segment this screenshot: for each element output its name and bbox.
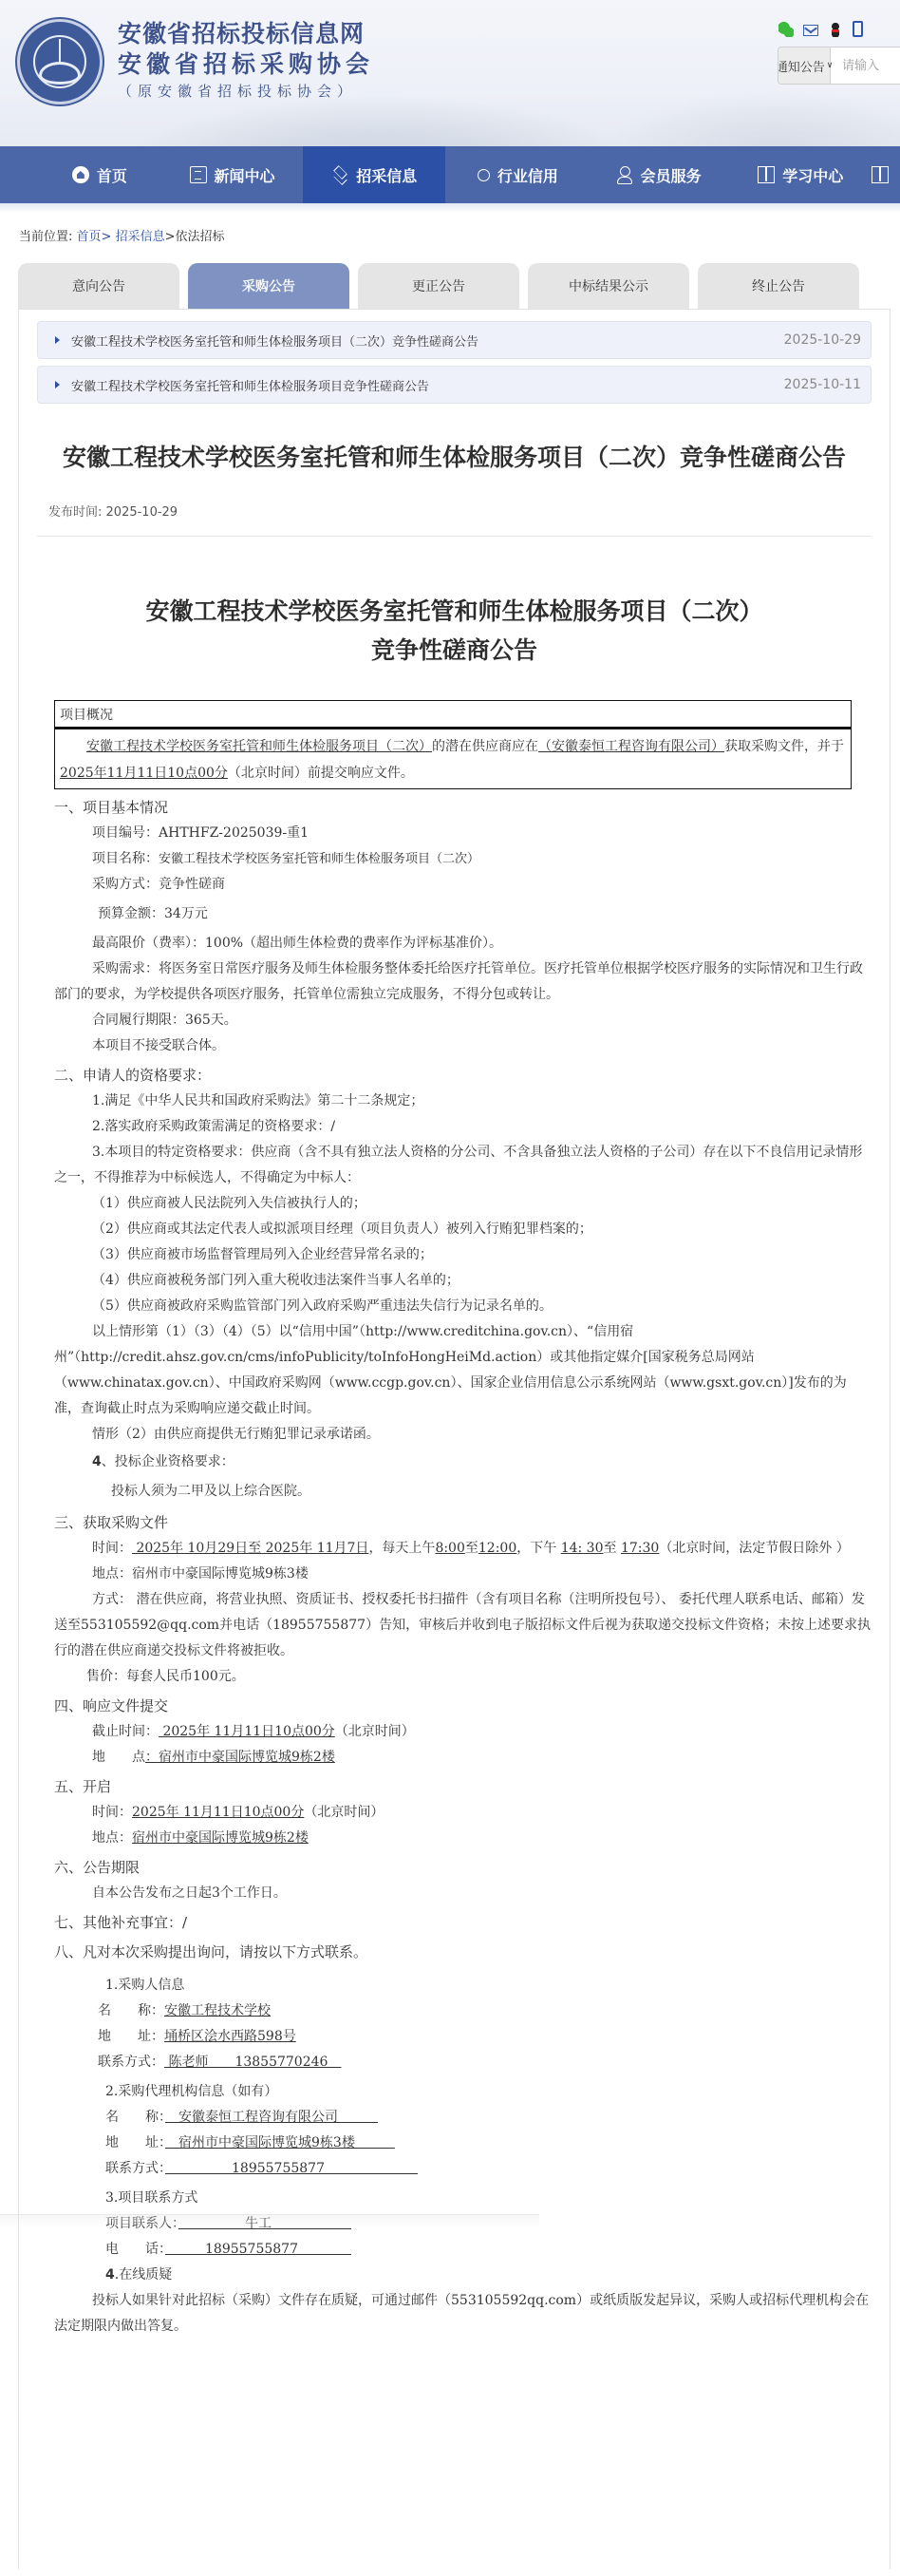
buyer-address: 地 址：埇桥区浍水西路598号 [37, 2024, 872, 2050]
related-notice-date: 2025-10-11 [784, 377, 871, 392]
credit-case-2: （2）供应商或其法定代表人或拟派项目经理（项目负责人）被列入行贿犯罪档案的； [37, 1217, 872, 1242]
section-heading: 五、开启 [37, 1774, 872, 1800]
budget: 预算金额：34万元 [37, 901, 872, 927]
tab-award[interactable]: 中标结果公示 [528, 263, 689, 309]
opening-time: 时间：2025年 11月11日10点00分（北京时间） [37, 1800, 872, 1826]
nav-item-overflow[interactable] [872, 146, 900, 203]
project-name: 项目名称：安徽工程技术学校医务室托管和师生体检服务项目（二次） [37, 846, 872, 872]
section-heading: 四、响应文件提交 [37, 1694, 872, 1719]
layers-icon [331, 166, 348, 183]
site-title-1: 安徽省招标投标信息网 [118, 19, 374, 49]
document-title-line1: 安徽工程技术学校医务室托管和师生体检服务项目（二次） [75, 592, 834, 631]
credit-case-5: （5）供应商被政府采购监管部门列入政府采购严重违法失信行为记录名单的。 [37, 1294, 872, 1319]
overview-header: 项目概况 [55, 701, 851, 729]
site-subtitle: （原安徽省招标投标协会） [118, 80, 374, 103]
agent-heading: 2.采购代理机构信息（如有） [37, 2079, 872, 2105]
notice-tabs: 意向公告 采购公告 更正公告 中标结果公示 终止公告 [18, 263, 900, 309]
book-icon [758, 166, 775, 183]
procurement-demand: 采购需求：将医务室日常医疗服务及师生体检服务整体委托给医疗托管单位。医疗托管单位… [37, 957, 872, 1008]
nav-item-label: 首页 [97, 164, 127, 186]
section-heading: 三、获取采购文件 [37, 1510, 872, 1536]
caret-right-icon [55, 381, 60, 388]
nav-item-learning[interactable]: 学习中心 [729, 146, 872, 203]
publish-info: 发布时间: 2025-10-29 [37, 479, 872, 536]
credit-note: 以上情形第（1）（3）（4）（5）以“信用中国”（http://www.cred… [37, 1319, 872, 1422]
book-icon [872, 166, 889, 183]
breadcrumb-current: >依法招标 [165, 230, 225, 244]
header-background-art [589, 85, 900, 146]
main-nav: 首页 新闻中心 招采信息 行业信用 会员服务 学习中心 [0, 146, 900, 203]
header-background-art [114, 95, 646, 146]
nav-item-label: 招采信息 [356, 164, 417, 186]
related-notice-title[interactable]: 安徽工程技术学校医务室托管和师生体检服务项目竞争性磋商公告 [71, 376, 784, 394]
article-body: 安徽工程技术学校医务室托管和师生体检服务项目（二次） 竞争性磋商公告 项目概况 … [37, 537, 872, 2339]
nav-item-label: 学习中心 [782, 164, 843, 186]
agent-address: 地 址： 宿州市中豪国际博览城9栋3楼 [37, 2131, 872, 2156]
caret-right-icon [55, 336, 60, 344]
online-objection-text: 投标人如果针对此招标（采购）文件存在质疑，可通过邮件（553105592qq.c… [37, 2288, 872, 2339]
search-input[interactable] [831, 47, 900, 84]
mobile-icon[interactable] [853, 21, 863, 37]
submission-deadline: 截止时间： 2025年 11月11日10点00分（北京时间） [37, 1719, 872, 1745]
site-brand: 安徽省招标投标信息网 安徽省招标采购协会 （原安徽省招标投标协会） [118, 19, 374, 103]
nav-item-procurement[interactable]: 招采信息 [303, 146, 445, 203]
tab-correction[interactable]: 更正公告 [358, 263, 519, 309]
project-contact-heading: 3.项目联系方式 [37, 2186, 872, 2211]
buyer-name: 名 称：安徽工程技术学校 [37, 1998, 872, 2024]
opening-place: 地点：宿州市中豪国际博览城9栋2楼 [37, 1826, 872, 1851]
related-notice-item[interactable]: 安徽工程技术学校医务室托管和师生体检服务项目竞争性磋商公告 2025-10-11 [37, 366, 872, 404]
requirement-2: 2.落实政府采购政策需满足的资格要求：/ [37, 1114, 872, 1140]
breadcrumb-home[interactable]: 首页> [77, 230, 112, 244]
overview-body: 安徽工程技术学校医务室托管和师生体检服务项目（二次）的潜在供应商应在（安徽泰恒工… [55, 729, 851, 788]
site-header: 安徽省招标投标信息网 安徽省招标采购协会 （原安徽省招标投标协会） 通知公告 ∨ [0, 0, 900, 146]
contract-term: 合同履行期限：365天。 [37, 1008, 872, 1033]
nav-item-label: 新闻中心 [215, 164, 275, 186]
section-heading: 八、凡对本次采购提出询问，请按以下方式联系。 [37, 1940, 872, 1965]
obtain-time: 时间： 2025年 10月29日至 2025年 11月7日，每天上午8:00至1… [37, 1536, 872, 1562]
association-logo[interactable] [17, 19, 103, 104]
mail-icon[interactable] [803, 25, 818, 36]
section-heading: 六、公告期限 [37, 1855, 872, 1881]
document-title: 安徽工程技术学校医务室托管和师生体检服务项目（二次） 竞争性磋商公告 [37, 537, 872, 670]
online-objection-heading: 4.在线质疑 [37, 2263, 872, 2288]
requirement-1: 1.满足《中华人民共和国政府采购法》第二十二条规定； [37, 1089, 872, 1114]
credit-case-4: （4）供应商被税务部门列入重大税收违法案件当事人名单的； [37, 1268, 872, 1294]
tab-intent[interactable]: 意向公告 [18, 263, 179, 309]
nav-item-label: 行业信用 [497, 164, 558, 186]
wechat-icon[interactable] [778, 22, 794, 37]
obtain-place: 地点：宿州市中豪国际博览城9栋3楼 [37, 1562, 872, 1587]
credit-note-2: 情形（2）由供应商提供无行贿犯罪记录承诺函。 [37, 1422, 872, 1448]
publish-date: 2025-10-29 [106, 505, 178, 520]
buyer-heading: 1.采购人信息 [37, 1973, 872, 1998]
project-number: 项目编号：AHTHFZ-2025039-重1 [37, 821, 872, 846]
agent-name: 名 称： 安徽泰恒工程咨询有限公司 [37, 2105, 872, 2131]
site-title-2: 安徽省招标采购协会 [118, 49, 374, 80]
agent-contact: 联系方式： 18955755877 [37, 2156, 872, 2182]
nav-item-news[interactable]: 新闻中心 [161, 146, 304, 203]
search-category-label: 通知公告 [778, 57, 825, 75]
nav-item-label: 会员服务 [641, 164, 702, 186]
requirement-4: 4、投标企业资格要求： [37, 1449, 872, 1475]
document-price: 售价：每套人民币100元。 [37, 1664, 872, 1690]
credit-case-1: （1）供应商被人民法院列入失信被执行人的； [37, 1191, 872, 1217]
site-search: 通知公告 ∨ [778, 47, 900, 85]
related-notice-date: 2025-10-29 [784, 332, 871, 348]
related-notice-title[interactable]: 安徽工程技术学校医务室托管和师生体检服务项目（二次）竞争性磋商公告 [71, 331, 784, 350]
nav-shadow [0, 203, 900, 213]
screenshot-seam [0, 2214, 539, 2227]
requirement-4-detail: 投标人须为二甲及以上综合医院。 [37, 1479, 872, 1505]
notice-period: 自本公告发布之日起3个工作日。 [37, 1881, 872, 1906]
overview-table: 项目概况 安徽工程技术学校医务室托管和师生体检服务项目（二次）的潜在供应商应在（… [54, 700, 852, 789]
home-icon [72, 166, 89, 183]
max-price: 最高限价（费率）：100%（超出师生体检费的费率作为评标基准价）。 [37, 931, 872, 957]
consortium-note: 本项目不接受联合体。 [37, 1033, 872, 1059]
article-title: 安徽工程技术学校医务室托管和师生体检服务项目（二次）竞争性磋商公告 [37, 410, 872, 479]
buyer-contact: 联系方式： 陈老师 13855770246 [37, 2050, 872, 2075]
tab-termination[interactable]: 终止公告 [698, 263, 859, 309]
nav-item-credit[interactable]: 行业信用 [445, 146, 588, 203]
nav-item-member[interactable]: 会员服务 [588, 146, 730, 203]
qq-icon[interactable] [828, 22, 843, 37]
related-notices: 安徽工程技术学校医务室托管和师生体检服务项目（二次）竞争性磋商公告 2025-1… [37, 321, 872, 404]
document-title-line2: 竞争性磋商公告 [75, 631, 834, 670]
social-links [778, 21, 863, 37]
publish-label: 发布时间: [48, 505, 102, 520]
section-heading: 七、其他补充事宜：/ [37, 1910, 872, 1936]
submission-place: 地 点：宿州市中豪国际博览城9栋2楼 [37, 1745, 872, 1771]
section-heading: 二、申请人的资格要求： [37, 1063, 872, 1089]
project-contact-phone: 电 话： 18955755877 [37, 2237, 872, 2263]
section-heading: 一、项目基本情况 [37, 795, 872, 821]
obtain-method: 方式： 潜在供应商，将营业执照、资质证书、授权委托书扫描件（含有项目名称（注明所… [37, 1587, 872, 1664]
related-notice-item[interactable]: 安徽工程技术学校医务室托管和师生体检服务项目（二次）竞争性磋商公告 2025-1… [37, 321, 872, 359]
breadcrumb: 当前位置: 首页> 招采信息>依法招标 [0, 213, 900, 255]
content-panel: 安徽工程技术学校医务室托管和师生体检服务项目（二次）竞争性磋商公告 2025-1… [18, 309, 891, 2569]
award-icon [478, 169, 490, 181]
breadcrumb-procurement[interactable]: 招采信息 [116, 230, 165, 244]
search-category-select[interactable]: 通知公告 ∨ [778, 47, 831, 84]
breadcrumb-prefix: 当前位置: [19, 230, 72, 244]
requirement-3: 3.本项目的特定资格要求：供应商（含不具有独立法人资格的分公司、不含具备独立法人… [37, 1140, 872, 1191]
tab-procurement[interactable]: 采购公告 [188, 263, 349, 309]
nav-item-home[interactable]: 首页 [38, 146, 161, 203]
credit-case-3: （3）供应商被市场监督管理局列入企业经营异常名录的； [37, 1242, 872, 1268]
news-icon [190, 166, 207, 183]
procurement-method: 采购方式：竞争性磋商 [37, 872, 872, 898]
user-icon [616, 166, 633, 183]
